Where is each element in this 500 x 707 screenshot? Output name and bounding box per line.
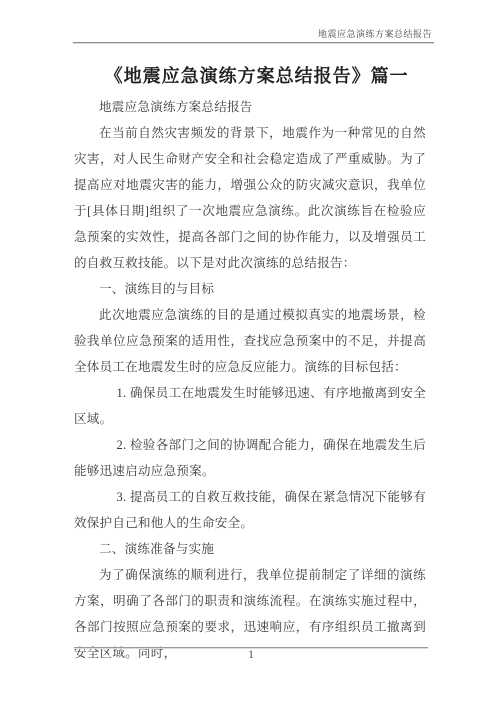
running-header: 地震应急演练方案总结报告 [74, 27, 432, 40]
document-subtitle: 地震应急演练方案总结报告 [74, 94, 426, 120]
list-item-3: 3. 提高员工的自救互救技能，确保在紧急情况下能够有效保护自己和他人的生命安全。 [74, 484, 426, 536]
header-rule [73, 42, 434, 43]
body-paragraph-intro: 在当前自然灾害频发的背景下，地震作为一种常见的自然灾害，对人民生命财产安全和社会… [74, 120, 426, 276]
list-item-2: 2. 检验各部门之间的协调配合能力，确保在地震发生后能够迅速启动应急预案。 [74, 432, 426, 484]
list-item-1: 1. 确保员工在地震发生时能够迅速、有序地撤离到安全区域。 [74, 380, 426, 432]
section-heading-1: 一、演练目的与目标 [74, 276, 426, 302]
footer-rule [74, 647, 428, 648]
document-body: 地震应急演练方案总结报告 在当前自然灾害频发的背景下，地震作为一种常见的自然灾害… [74, 94, 426, 666]
body-paragraph-purpose: 此次地震应急演练的目的是通过模拟真实的地震场景，检验我单位应急预案的适用性，查找… [74, 302, 426, 380]
section-heading-2: 二、演练准备与实施 [74, 536, 426, 562]
page-number: 1 [74, 649, 428, 661]
document-title: 《地震应急演练方案总结报告》篇一 [74, 62, 434, 88]
document-page: 地震应急演练方案总结报告 《地震应急演练方案总结报告》篇一 地震应急演练方案总结… [0, 0, 500, 707]
